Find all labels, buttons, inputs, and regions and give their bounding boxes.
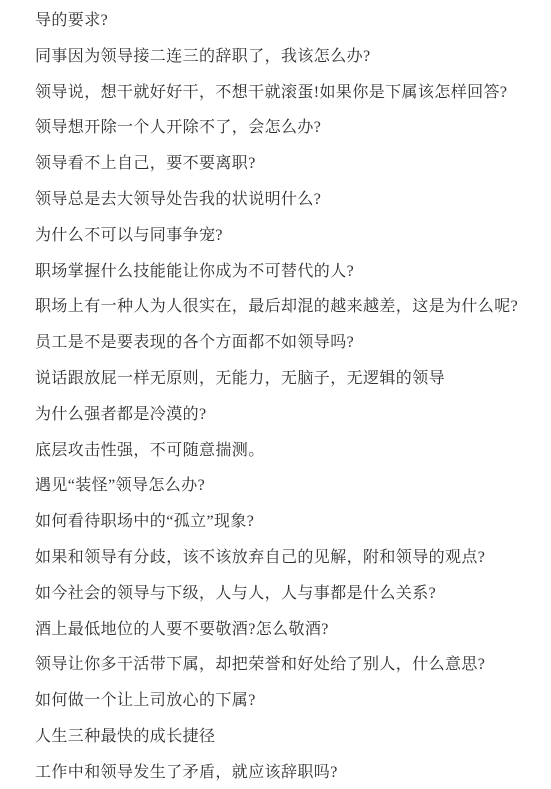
question-line: 领导让你多干活带下属，却把荣誉和好处给了别人，什么意思? (35, 647, 533, 683)
question-line: 说话跟放屁一样无原则，无能力，无脑子，无逻辑的领导 (35, 361, 533, 397)
question-line: 遇见“装怪”领导怎么办? (35, 468, 533, 504)
question-line: 职场上有一种人为人很实在，最后却混的越来越差，这是为什么呢? (35, 289, 533, 325)
question-list-page: 导的要求?同事因为领导接二连三的辞职了，我该怎么办?领导说，想干就好好干，不想干… (0, 0, 551, 789)
question-line: 如何看待职场中的“孤立”现象? (35, 504, 533, 540)
question-line: 底层攻击性强，不可随意揣测。 (35, 433, 533, 469)
question-line: 领导说，想干就好好干，不想干就滚蛋!如果你是下属该怎样回答? (35, 75, 533, 111)
question-line: 领导看不上自己，要不要离职? (35, 146, 533, 182)
question-line: 同事因为领导接二连三的辞职了，我该怎么办? (35, 39, 533, 75)
question-line: 为什么强者都是冷漠的? (35, 397, 533, 433)
question-line: 如果和领导有分歧，该不该放弃自己的见解，附和领导的观点? (35, 540, 533, 576)
question-line: 职场掌握什么技能能让你成为不可替代的人? (35, 254, 533, 290)
question-line: 为什么不可以与同事争宠? (35, 218, 533, 254)
question-line: 酒上最低地位的人要不要敬酒?怎么敬酒? (35, 612, 533, 648)
question-line: 人生三种最快的成长捷径 (35, 719, 533, 755)
question-line: 领导总是去大领导处告我的状说明什么? (35, 182, 533, 218)
question-line: 工作中和领导发生了矛盾，就应该辞职吗? (35, 755, 533, 789)
question-line: 员工是不是要表现的各个方面都不如领导吗? (35, 325, 533, 361)
question-line: 领导想开除一个人开除不了，会怎么办? (35, 110, 533, 146)
question-line: 如今社会的领导与下级，人与人，人与事都是什么关系? (35, 576, 533, 612)
question-line: 如何做一个让上司放心的下属? (35, 683, 533, 719)
question-line: 导的要求? (35, 3, 533, 39)
